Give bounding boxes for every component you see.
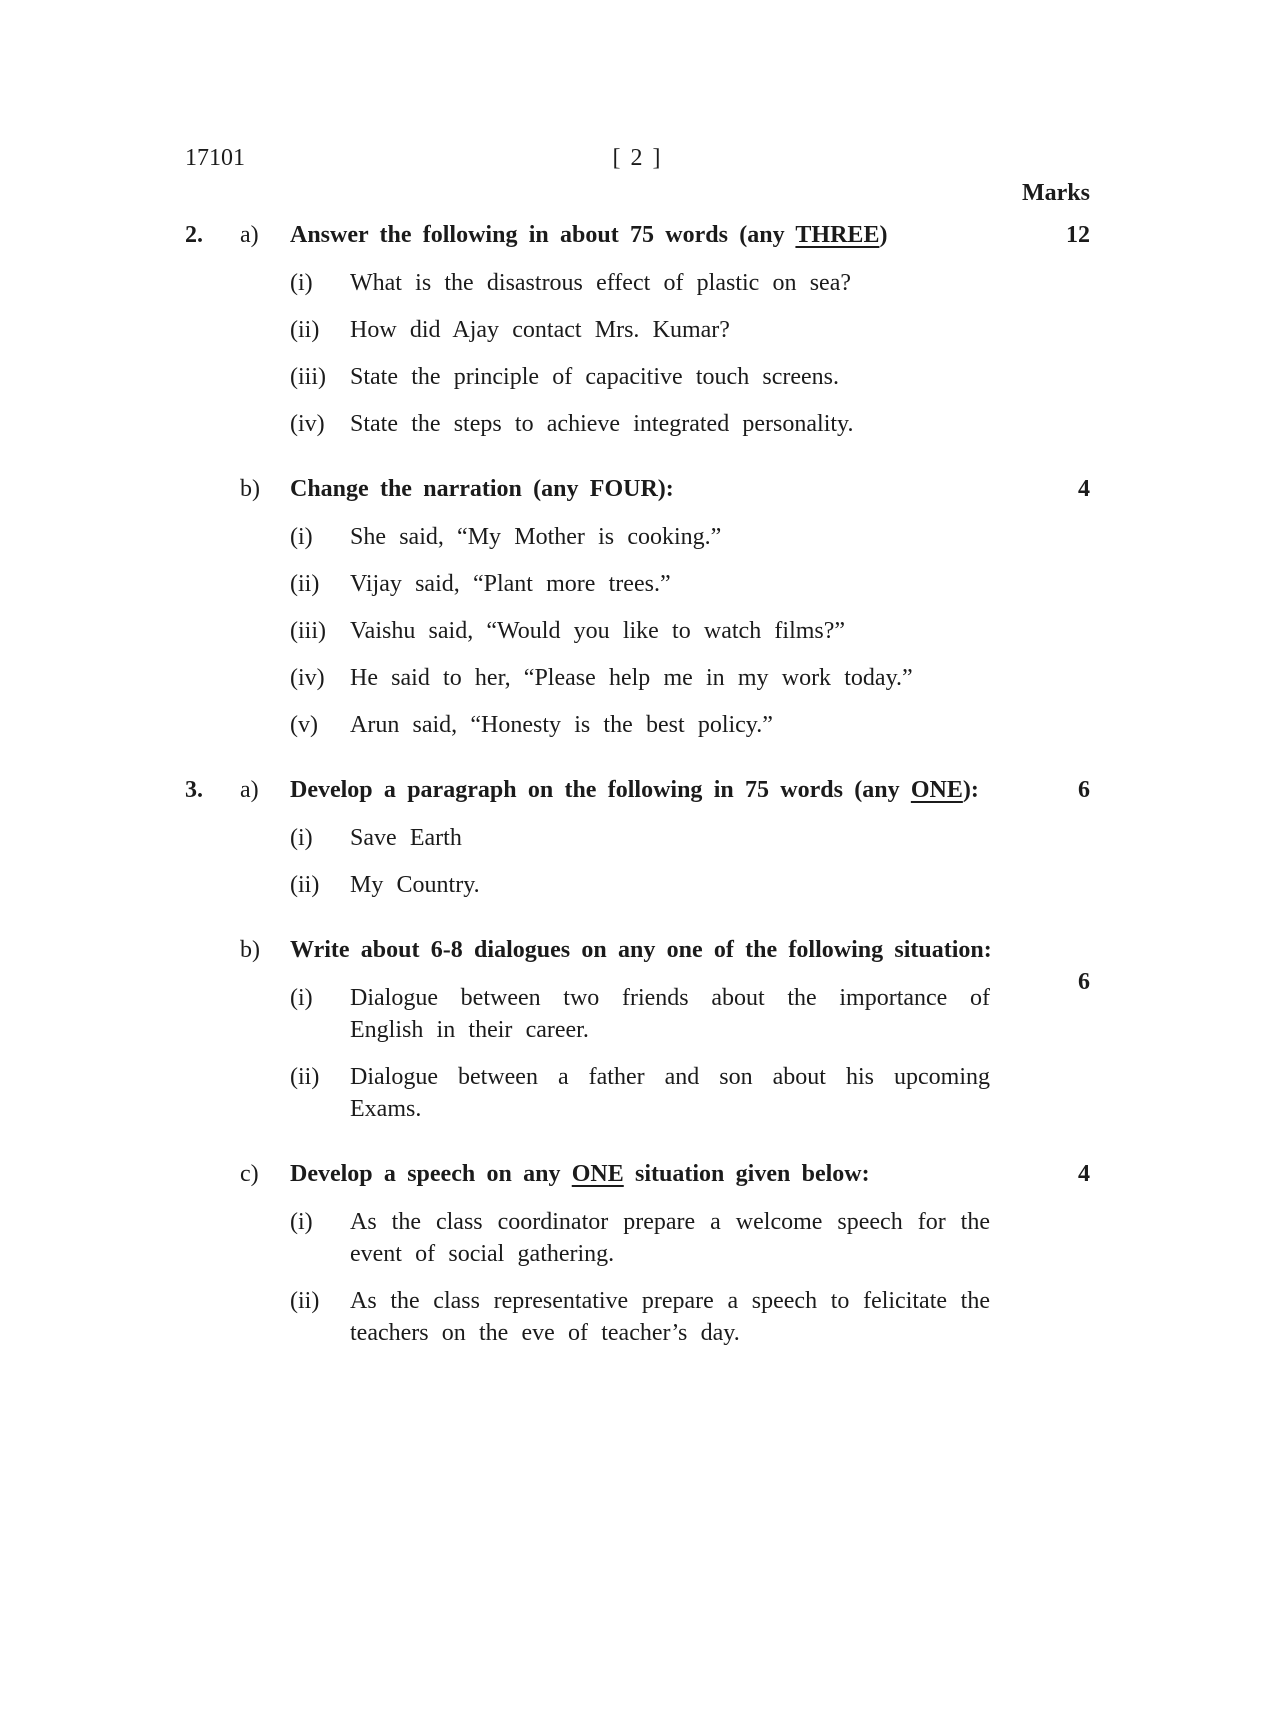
part-heading: Write about 6-8 dialogues on any one of …: [290, 934, 1010, 966]
part-2b: b) Change the narration (any FOUR): (i) …: [185, 473, 1090, 756]
list-item: (ii) As the class representative prepare…: [290, 1285, 1010, 1349]
heading-text: Develop a paragraph on the following in …: [290, 777, 911, 803]
heading-underlined-word: THREE: [795, 222, 879, 248]
list-item: (i) As the class coordinator prepare a w…: [290, 1206, 1010, 1270]
page-header: 17101 [ 2 ]: [185, 142, 1090, 174]
item-text: My Country.: [350, 869, 990, 901]
part-heading: Develop a paragraph on the following in …: [290, 774, 1010, 806]
list-item: (iii) State the principle of capacitive …: [290, 361, 1010, 393]
list-item: (i) Dialogue between two friends about t…: [290, 982, 1010, 1046]
heading-text: Change the narration (any FOUR):: [290, 476, 674, 502]
list-item: (v) Arun said, “Honesty is the best poli…: [290, 709, 1010, 741]
paper-code: 17101: [185, 142, 245, 174]
question-number: 2.: [185, 219, 240, 251]
item-label: (ii): [290, 568, 350, 600]
item-label: (ii): [290, 1061, 350, 1125]
item-text: She said, “My Mother is cooking.”: [350, 521, 990, 553]
part-content: Develop a paragraph on the following in …: [290, 774, 1010, 916]
item-list: (i) As the class coordinator prepare a w…: [290, 1206, 1010, 1349]
item-label: (v): [290, 709, 350, 741]
marks-value: 4: [1010, 473, 1090, 505]
item-text: Dialogue between two friends about the i…: [350, 982, 990, 1046]
part-letter: a): [240, 774, 290, 806]
item-text: State the principle of capacitive touch …: [350, 361, 990, 393]
part-letter: c): [240, 1158, 290, 1190]
item-text: As the class coordinator prepare a welco…: [350, 1206, 990, 1270]
part-content: Develop a speech on any ONE situation gi…: [290, 1158, 1010, 1364]
part-content: Write about 6-8 dialogues on any one of …: [290, 934, 1010, 1140]
part-3c: c) Develop a speech on any ONE situation…: [185, 1158, 1090, 1364]
part-heading: Develop a speech on any ONE situation gi…: [290, 1158, 1010, 1190]
heading-underlined-word: ONE: [572, 1161, 624, 1187]
list-item: (i) What is the disastrous effect of pla…: [290, 267, 1010, 299]
item-list: (i) Save Earth (ii) My Country.: [290, 822, 1010, 901]
heading-text: Develop a speech on any: [290, 1161, 572, 1187]
item-label: (ii): [290, 1285, 350, 1349]
list-item: (iii) Vaishu said, “Would you like to wa…: [290, 615, 1010, 647]
item-label: (iv): [290, 662, 350, 694]
item-label: (i): [290, 822, 350, 854]
item-text: State the steps to achieve integrated pe…: [350, 408, 990, 440]
heading-underlined-word: ONE: [911, 777, 963, 803]
item-text: Save Earth: [350, 822, 990, 854]
item-label: (iii): [290, 615, 350, 647]
marks-column-header: Marks: [185, 177, 1090, 209]
question-2: 2. a) Answer the following in about 75 w…: [185, 219, 1090, 756]
item-label: (ii): [290, 314, 350, 346]
list-item: (ii) Vijay said, “Plant more trees.”: [290, 568, 1010, 600]
part-3a: 3. a) Develop a paragraph on the followi…: [185, 774, 1090, 916]
item-label: (iv): [290, 408, 350, 440]
item-text: How did Ajay contact Mrs. Kumar?: [350, 314, 990, 346]
item-label: (i): [290, 267, 350, 299]
part-content: Change the narration (any FOUR): (i) She…: [290, 473, 1010, 756]
item-list: (i) What is the disastrous effect of pla…: [290, 267, 1010, 440]
item-list: (i) Dialogue between two friends about t…: [290, 982, 1010, 1125]
question-number: 3.: [185, 774, 240, 806]
page-number: [ 2 ]: [613, 142, 663, 174]
heading-text: situation given below:: [624, 1161, 870, 1187]
marks-value: 12: [1010, 219, 1090, 251]
part-heading: Answer the following in about 75 words (…: [290, 219, 1010, 251]
item-label: (i): [290, 1206, 350, 1270]
item-text: What is the disastrous effect of plastic…: [350, 267, 990, 299]
item-text: As the class representative prepare a sp…: [350, 1285, 990, 1349]
marks-value: 6: [1010, 934, 1090, 998]
item-text: Vijay said, “Plant more trees.”: [350, 568, 990, 600]
marks-value: 4: [1010, 1158, 1090, 1190]
heading-text: Write about 6-8 dialogues on any one of …: [290, 937, 992, 963]
heading-text: Answer the following in about 75 words (…: [290, 222, 795, 248]
item-label: (i): [290, 521, 350, 553]
item-label: (ii): [290, 869, 350, 901]
item-text: He said to her, “Please help me in my wo…: [350, 662, 990, 694]
item-text: Arun said, “Honesty is the best policy.”: [350, 709, 990, 741]
part-letter: a): [240, 219, 290, 251]
item-list: (i) She said, “My Mother is cooking.” (i…: [290, 521, 1010, 741]
list-item: (ii) My Country.: [290, 869, 1010, 901]
part-3b: b) Write about 6-8 dialogues on any one …: [185, 934, 1090, 1140]
list-item: (ii) How did Ajay contact Mrs. Kumar?: [290, 314, 1010, 346]
list-item: (iv) State the steps to achieve integrat…: [290, 408, 1010, 440]
part-letter: b): [240, 934, 290, 966]
marks-value: 6: [1010, 774, 1090, 806]
heading-text: ): [879, 222, 887, 248]
list-item: (i) She said, “My Mother is cooking.”: [290, 521, 1010, 553]
part-2a: 2. a) Answer the following in about 75 w…: [185, 219, 1090, 455]
heading-text: ):: [963, 777, 979, 803]
list-item: (iv) He said to her, “Please help me in …: [290, 662, 1010, 694]
item-text: Dialogue between a father and son about …: [350, 1061, 990, 1125]
list-item: (ii) Dialogue between a father and son a…: [290, 1061, 1010, 1125]
exam-paper-page: 17101 [ 2 ] Marks 2. a) Answer the follo…: [0, 0, 1275, 1726]
item-label: (iii): [290, 361, 350, 393]
part-letter: b): [240, 473, 290, 505]
item-label: (i): [290, 982, 350, 1046]
item-text: Vaishu said, “Would you like to watch fi…: [350, 615, 990, 647]
part-heading: Change the narration (any FOUR):: [290, 473, 1010, 505]
question-3: 3. a) Develop a paragraph on the followi…: [185, 774, 1090, 1364]
list-item: (i) Save Earth: [290, 822, 1010, 854]
part-content: Answer the following in about 75 words (…: [290, 219, 1010, 455]
